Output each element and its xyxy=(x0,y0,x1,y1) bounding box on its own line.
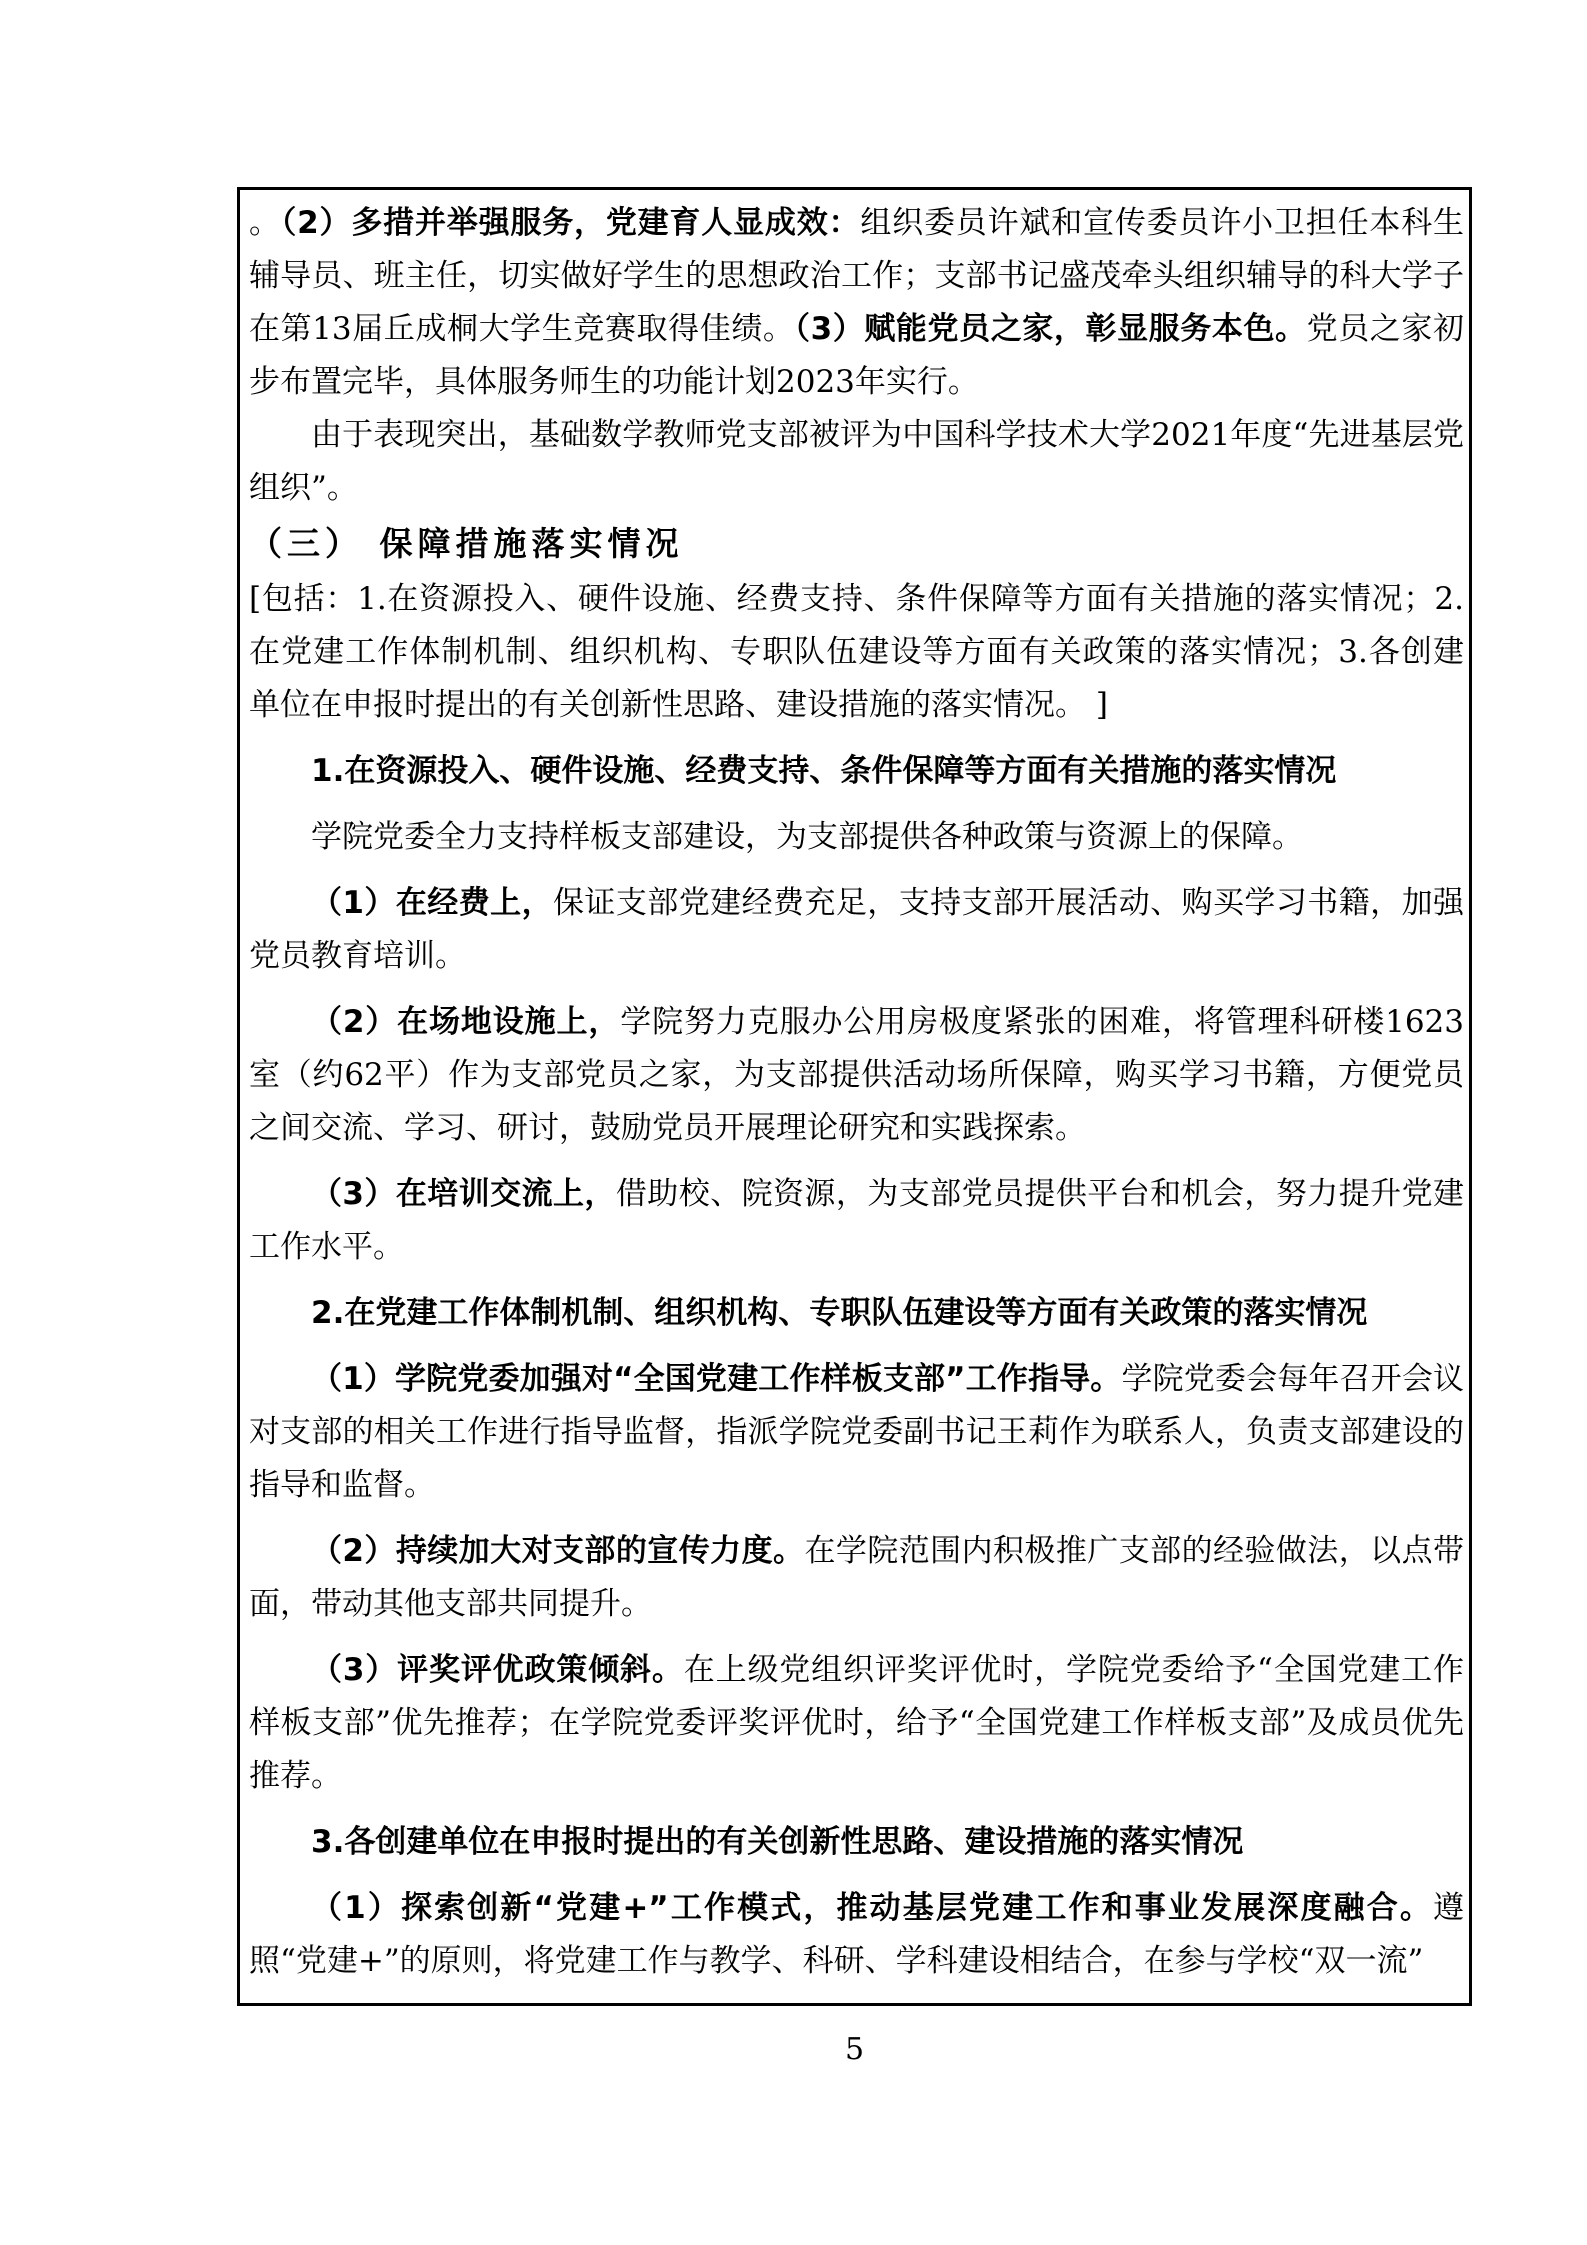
paragraph: （1）在经费上，保证支部党建经费充足，支持支部开展活动、购买学习书籍，加强党员教… xyxy=(249,877,1464,983)
text-run: [包括：1.在资源投入、硬件设施、经费支持、条件保障等方面有关措施的落实情况；2… xyxy=(249,581,1464,723)
paragraph: （1）学院党委加强对“全国党建工作样板支部”工作指导。学院党委会每年召开会议对支… xyxy=(249,1353,1464,1512)
paragraph: 1.在资源投入、硬件设施、经费支持、条件保障等方面有关措施的落实情况 xyxy=(249,745,1464,798)
paragraph: 。（2）多措并举强服务，党建育人显成效：组织委员许斌和宣传委员许小卫担任本科生辅… xyxy=(249,197,1464,409)
bold-text-run: （2）在场地设施上， xyxy=(311,1004,620,1040)
bold-text-run: 3.各创建单位在申报时提出的有关创新性思路、建设措施的落实情况 xyxy=(311,1824,1243,1860)
bold-text-run: （1）在经费上， xyxy=(311,885,553,921)
paragraph: 学院党委全力支持样板支部建设，为支部提供各种政策与资源上的保障。 xyxy=(249,811,1464,864)
paragraph: （3）在培训交流上，借助校、院资源，为支部党员提供平台和机会，努力提升党建工作水… xyxy=(249,1168,1464,1274)
paragraph: （3）评奖评优政策倾斜。在上级党组织评奖评优时，学院党委给予“全国党建工作样板支… xyxy=(249,1644,1464,1803)
page-number: 5 xyxy=(237,2032,1472,2068)
paragraph: （2）在场地设施上，学院努力克服办公用房极度紧张的困难，将管理科研楼1623室（… xyxy=(249,996,1464,1155)
bold-text-run: 2.在党建工作体制机制、组织机构、专职队伍建设等方面有关政策的落实情况 xyxy=(311,1295,1367,1331)
bold-text-run: （3）赋能党员之家，彰显服务本色。 xyxy=(795,311,1307,347)
content-table-cell: 。（2）多措并举强服务，党建育人显成效：组织委员许斌和宣传委员许小卫担任本科生辅… xyxy=(237,187,1472,2006)
paragraph: 2.在党建工作体制机制、组织机构、专职队伍建设等方面有关政策的落实情况 xyxy=(249,1287,1464,1340)
paragraph: 由于表现突出，基础数学教师党支部被评为中国科学技术大学2021年度“先进基层党组… xyxy=(249,409,1464,515)
bold-text-run: （3）在培训交流上， xyxy=(311,1176,616,1212)
paragraph: （1）探索创新“党建+”工作模式，推动基层党建工作和事业发展深度融合。遵照“党建… xyxy=(249,1882,1464,1988)
bold-text-run: （1）学院党委加强对“全国党建工作样板支部”工作指导。 xyxy=(311,1361,1121,1397)
section-heading: （三） 保障措施落实情况 xyxy=(249,515,1464,573)
text-run: 。 xyxy=(249,205,281,241)
bold-text-run: （2）持续加大对支部的宣传力度。 xyxy=(311,1533,804,1569)
document-body: 。（2）多措并举强服务，党建育人显成效：组织委员许斌和宣传委员许小卫担任本科生辅… xyxy=(249,197,1464,1988)
bold-text-run: （2）多措并举强服务，党建育人显成效： xyxy=(281,205,861,241)
text-run: 学院党委全力支持样板支部建设，为支部提供各种政策与资源上的保障。 xyxy=(311,819,1303,855)
paragraph: 3.各创建单位在申报时提出的有关创新性思路、建设措施的落实情况 xyxy=(249,1816,1464,1869)
text-run: 由于表现突出，基础数学教师党支部被评为中国科学技术大学2021年度“先进基层党组… xyxy=(249,417,1464,506)
bold-text-run: （1）探索创新“党建+”工作模式，推动基层党建工作和事业发展深度融合。 xyxy=(311,1890,1433,1926)
document-page: 。（2）多措并举强服务，党建育人显成效：组织委员许斌和宣传委员许小卫担任本科生辅… xyxy=(0,0,1587,2245)
paragraph: （2）持续加大对支部的宣传力度。在学院范围内积极推广支部的经验做法，以点带面，带… xyxy=(249,1525,1464,1631)
bold-text-run: （3）评奖评优政策倾斜。 xyxy=(311,1652,684,1688)
paragraph: [包括：1.在资源投入、硬件设施、经费支持、条件保障等方面有关措施的落实情况；2… xyxy=(249,573,1464,732)
bold-text-run: （三） 保障措施落实情况 xyxy=(249,524,684,563)
bold-text-run: 1.在资源投入、硬件设施、经费支持、条件保障等方面有关措施的落实情况 xyxy=(311,753,1336,789)
